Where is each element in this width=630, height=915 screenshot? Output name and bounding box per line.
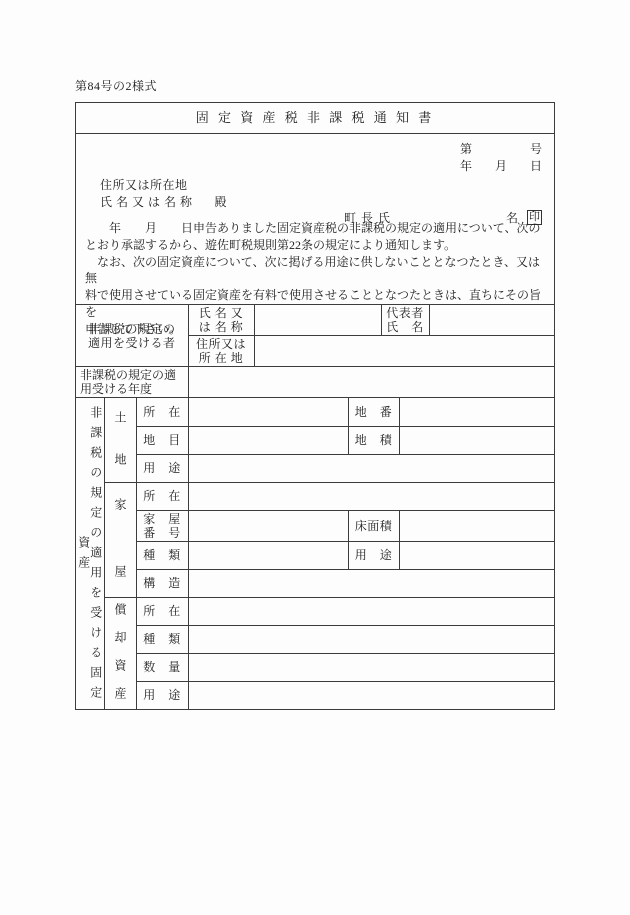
- land-category-value: [188, 426, 348, 454]
- document-date-line: 年 月 日: [460, 157, 542, 174]
- form-title: 固 定 資 産 税 非 課 税 通 知 書: [76, 103, 554, 134]
- recipient-name-line: 氏 名 又 は 名 称殿: [100, 193, 227, 210]
- depreciable-use-label: 用 途: [136, 681, 188, 709]
- land-lot-label: 地 番: [348, 398, 399, 426]
- date-year-label: 年: [460, 157, 472, 174]
- land-location-label: 所 在: [136, 398, 188, 426]
- land-lot-value: [399, 398, 554, 426]
- land-use-value: [188, 454, 554, 482]
- land-area-value: [399, 426, 554, 454]
- building-group-label: 家屋: [104, 482, 136, 597]
- recipient-name-label: 氏 名 又 は 名 称: [100, 195, 193, 209]
- date-day-label: 日: [530, 157, 542, 174]
- asset-main-label: 非課税の規定の適用を受ける固定資産: [76, 398, 104, 709]
- building-use-label: 用 途: [348, 541, 399, 569]
- depreciable-quantity-value: [188, 653, 554, 681]
- asset-table: 非課税の規定の適用を受ける固定資産 土地 所 在 地 番 地 目 地 積 用 途…: [76, 398, 554, 709]
- document-page: 第84号の2様式 固 定 資 産 税 非 課 税 通 知 書 第 号 年 月 日…: [0, 0, 630, 915]
- building-floor-area-value: [399, 510, 554, 541]
- building-use-value: [399, 541, 554, 569]
- building-kind-label: 種 類: [136, 541, 188, 569]
- date-month-label: 月: [495, 157, 507, 174]
- fiscal-year-value: [188, 367, 554, 398]
- depreciable-kind-label: 種 類: [136, 625, 188, 653]
- form-header: 第 号 年 月 日 住所又は所在地 氏 名 又 は 名 称殿 町 長 氏 名 印…: [76, 134, 554, 304]
- honorific-label: 殿: [215, 195, 228, 209]
- depreciable-use-value: [188, 681, 554, 709]
- building-structure-value: [188, 569, 554, 597]
- building-kind-value: [188, 541, 348, 569]
- applicant-address-value: [254, 336, 554, 367]
- applicant-address-label: 住所又は 所 在 地: [188, 336, 254, 367]
- land-category-label: 地 目: [136, 426, 188, 454]
- doc-number-prefix: 第: [460, 140, 472, 157]
- form-border-box: 固 定 資 産 税 非 課 税 通 知 書 第 号 年 月 日 住所又は所在地 …: [75, 102, 555, 710]
- land-area-label: 地 積: [348, 426, 399, 454]
- depreciable-kind-value: [188, 625, 554, 653]
- recipient-address-label: 住所又は所在地: [100, 176, 188, 193]
- building-number-label: 家 屋 番 号: [136, 510, 188, 541]
- depreciable-group-label: 償却資産: [104, 597, 136, 709]
- form-number: 第84号の2様式: [75, 77, 157, 94]
- land-group-label: 土地: [104, 398, 136, 482]
- depreciable-location-value: [188, 597, 554, 625]
- building-location-value: [188, 482, 554, 510]
- document-number-line: 第 号: [460, 140, 542, 157]
- fiscal-year-label: 非課税の規定の適 用受ける年度: [76, 367, 188, 398]
- building-location-label: 所 在: [136, 482, 188, 510]
- notice-body-text: 年 月 日申告ありました固定資産税の非課税の規定の適用について、次の とおり承認…: [85, 220, 547, 338]
- land-location-value: [188, 398, 348, 426]
- building-number-value: [188, 510, 348, 541]
- depreciable-location-label: 所 在: [136, 597, 188, 625]
- building-floor-area-label: 床面積: [348, 510, 399, 541]
- building-structure-label: 構 造: [136, 569, 188, 597]
- doc-number-suffix: 号: [530, 140, 542, 157]
- land-use-label: 用 途: [136, 454, 188, 482]
- depreciable-quantity-label: 数 量: [136, 653, 188, 681]
